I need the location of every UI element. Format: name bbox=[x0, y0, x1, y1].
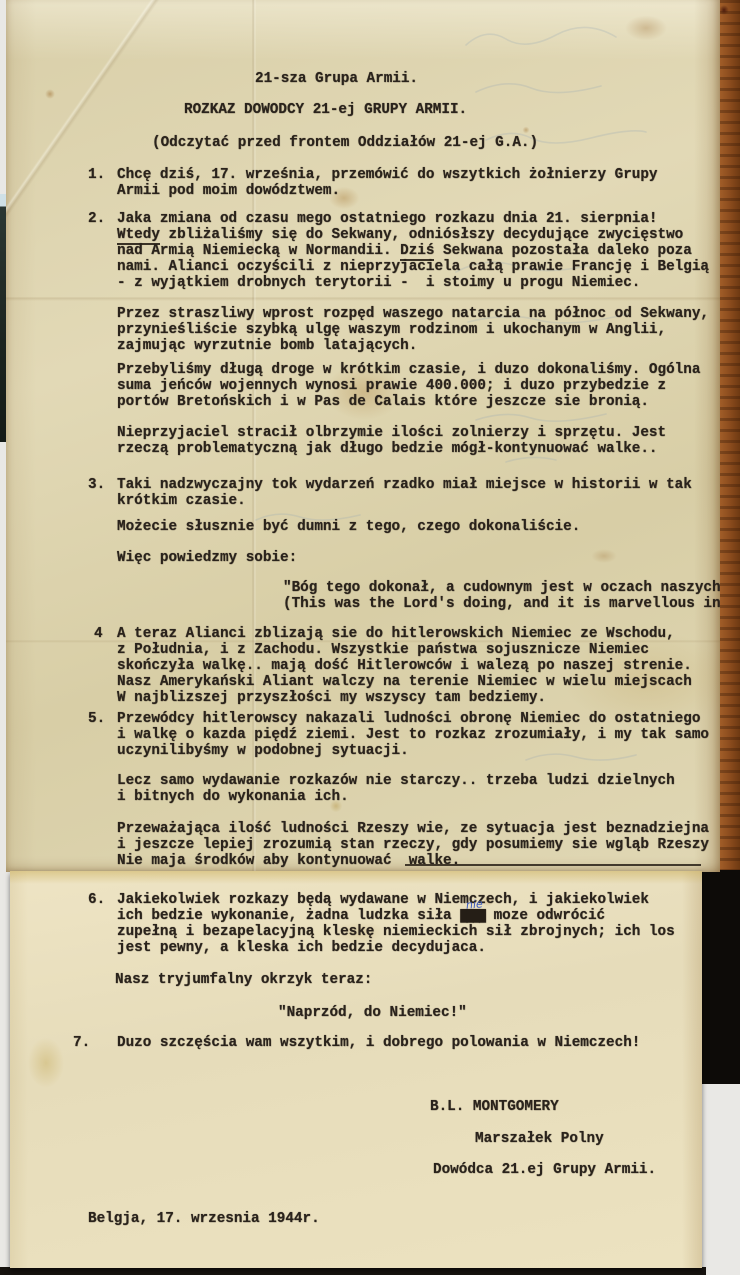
text-line: jest pewny, a kleska ich bedzie decyduja… bbox=[117, 941, 675, 957]
text-line: zajmując wyrzutnie bomb latających. bbox=[117, 339, 709, 355]
item-4-text: A teraz Alianci zblizają sie do hitlerow… bbox=[117, 627, 692, 707]
text-line: W najblizszej przyszłości my wszyscy tam… bbox=[117, 691, 692, 707]
item-7-number: 7. bbox=[73, 1036, 90, 1052]
text-line: Taki nadzwyczajny tok wydarzeń rzadko mi… bbox=[117, 478, 692, 494]
text-line: i jeszcze lepiej zrozumią stan rzeczy, g… bbox=[117, 838, 709, 854]
text-line: i walkę o kazda piędź ziemi. Jest to roz… bbox=[117, 728, 709, 744]
text-segment: ich bedzie wykonanie, żadna ludzka siła bbox=[117, 908, 460, 924]
text-line: Lecz samo wydawanie rozkazów nie starczy… bbox=[117, 774, 675, 790]
text-line: A teraz Alianci zblizają sie do hitlerow… bbox=[117, 627, 692, 643]
paragraph-enemy-losses: Nieprzyjaciel stracił olbrzymie ilości z… bbox=[117, 426, 666, 458]
signature-rank: Marszałek Polny bbox=[475, 1132, 604, 1148]
item-6-number: 6. bbox=[88, 893, 105, 909]
scanned-document-page: 21-sza Grupa Armii. ROZKAZ DOWODCY 21-ej… bbox=[0, 0, 740, 1275]
item-2-text: Jaka zmiana od czasu mego ostatniego roz… bbox=[117, 212, 709, 292]
document-subtitle: ROZKAZ DOWODCY 21-ej GRUPY ARMII. bbox=[184, 103, 467, 119]
signature-name: B.L. MONTGOMERY bbox=[430, 1100, 559, 1116]
scripture-quote: "Bóg tego dokonał, a cudownym jest w ocz… bbox=[283, 581, 720, 613]
paragraph-advance-north: Przez straszliwy wprost rozpęd waszego n… bbox=[117, 307, 709, 355]
text-line: Chcę dziś, 17. września, przemówić do ws… bbox=[117, 168, 658, 184]
paragraph-orders-not-enough: Lecz samo wydawanie rozkazów nie starczy… bbox=[117, 774, 675, 806]
text-line: Jaka zmiana od czasu mego ostatniego roz… bbox=[117, 212, 709, 228]
text-segment: Sekwana pozostała daleko poza bbox=[434, 243, 691, 259]
text-line: i bitnych do wykonania ich. bbox=[117, 790, 675, 806]
paragraph-proud: Możecie słusznie być dumni z tego, czego… bbox=[117, 520, 580, 536]
text-line: Nie maja środków aby kontynuować walke. bbox=[117, 854, 709, 870]
text-segment: nad Armią Niemiecką w Normandii. bbox=[117, 243, 400, 259]
text-line: Przeważająca ilość ludności Rzeszy wie, … bbox=[117, 822, 709, 838]
signature-title: Dowódca 21.ej Grupy Armii. bbox=[433, 1163, 656, 1179]
text-line: Przebyliśmy długą droge w krótkim czasie… bbox=[117, 363, 700, 379]
scan-bottom-edge bbox=[0, 1267, 706, 1275]
item-1-number: 1. bbox=[88, 168, 105, 184]
quote-line-polish: "Bóg tego dokonał, a cudownym jest w ocz… bbox=[283, 581, 720, 597]
typed-underline-rule bbox=[405, 864, 701, 866]
item-5-text: Przewódcy hitlerowscy nakazali ludności … bbox=[117, 712, 709, 760]
text-line: Przewódcy hitlerowscy nakazali ludności … bbox=[117, 712, 709, 728]
text-line: nami. Alianci oczyścili z nieprzyjaciela… bbox=[117, 260, 709, 276]
item-6-text: Jakiekolwiek rozkazy będą wydawane w Nie… bbox=[117, 893, 675, 957]
text-line: Jakiekolwiek rozkazy będą wydawane w Nie… bbox=[117, 893, 675, 909]
item-3-number: 3. bbox=[88, 478, 105, 494]
item-4-number: 4 bbox=[94, 627, 103, 643]
text-line: Armii pod moim dowództwem. bbox=[117, 184, 658, 200]
paragraph-prisoners: Przebyliśmy długą droge w krótkim czasie… bbox=[117, 363, 700, 411]
text-line: zupełną i bezapelacyjną kleskę niemiecki… bbox=[117, 925, 675, 941]
text-line: krótkim czasie. bbox=[117, 494, 692, 510]
text-line: - z wyjątkiem drobnych terytorii - i sto… bbox=[117, 276, 709, 292]
text-line: portów Bretońskich i w Pas de Calais któ… bbox=[117, 395, 700, 411]
paragraph-reich-population: Przeważająca ilość ludności Rzeszy wie, … bbox=[117, 822, 709, 870]
pencil-annotation: nie bbox=[466, 896, 484, 913]
upper-paper-sheet: 21-sza Grupa Armii. ROZKAZ DOWODCY 21-ej… bbox=[6, 0, 720, 872]
text-segment: Jaka zmiana od czasu mego ostatniego roz… bbox=[117, 211, 658, 227]
item-5-number: 5. bbox=[88, 712, 105, 728]
reading-instruction: (Odczytać przed frontem Oddziałów 21-ej … bbox=[152, 136, 538, 152]
text-segment: zbliżaliśmy się do Sekwany, odniósłszy d… bbox=[160, 227, 683, 243]
text-line: rzeczą problematyczną jak długo bedzie m… bbox=[117, 442, 666, 458]
text-line: ich bedzie wykonanie, żadna ludzka siła … bbox=[117, 909, 675, 925]
text-line: skończyła walkę.. mają dość Hitlerowców … bbox=[117, 659, 692, 675]
text-line: nad Armią Niemiecką w Normandii. Dziś Se… bbox=[117, 244, 709, 260]
text-line: suma jeńców wojennych wynosi prawie 400.… bbox=[117, 379, 700, 395]
item-2-number: 2. bbox=[88, 212, 105, 228]
text-line: Nasz Amerykański Aliant walczy na tereni… bbox=[117, 675, 692, 691]
item-1-text: Chcę dziś, 17. września, przemówić do ws… bbox=[117, 168, 658, 200]
text-segment: moze odwrócić bbox=[485, 908, 605, 924]
document-title: 21-sza Grupa Armii. bbox=[255, 72, 418, 88]
text-line: przynieśliście szybką ulgę waszym rodzin… bbox=[117, 323, 709, 339]
text-line: Nieprzyjaciel stracił olbrzymie ilości z… bbox=[117, 426, 666, 442]
paragraph-triumphant-cry: Nasz tryjumfalny okrzyk teraz: bbox=[115, 973, 372, 989]
dateline: Belgja, 17. wrzesnia 1944r. bbox=[88, 1212, 320, 1228]
text-line: Wtedy zbliżaliśmy się do Sekwany, odniós… bbox=[117, 228, 709, 244]
paragraph-let-us-say: Więc powiedzmy sobie: bbox=[117, 551, 297, 567]
quote-line-english: (This was the Lord's doing, and it is ma… bbox=[283, 597, 720, 613]
overstruck-word-wrap: ████nie bbox=[460, 909, 485, 925]
lower-paper-sheet: 6. Jakiekolwiek rozkazy będą wydawane w … bbox=[10, 871, 702, 1268]
battle-cry-quote: "Naprzód, do Niemiec!" bbox=[278, 1006, 467, 1022]
item-7-text: Duzo szczęścia wam wszytkim, i dobrego p… bbox=[117, 1036, 640, 1052]
text-line: z Południa, i z Zachodu. Wszystkie państ… bbox=[117, 643, 692, 659]
text-line: Przez straszliwy wprost rozpęd waszego n… bbox=[117, 307, 709, 323]
item-3-text: Taki nadzwyczajny tok wydarzeń rzadko mi… bbox=[117, 478, 692, 510]
text-line: uczynilibyśmy w podobnej sytuacji. bbox=[117, 744, 709, 760]
